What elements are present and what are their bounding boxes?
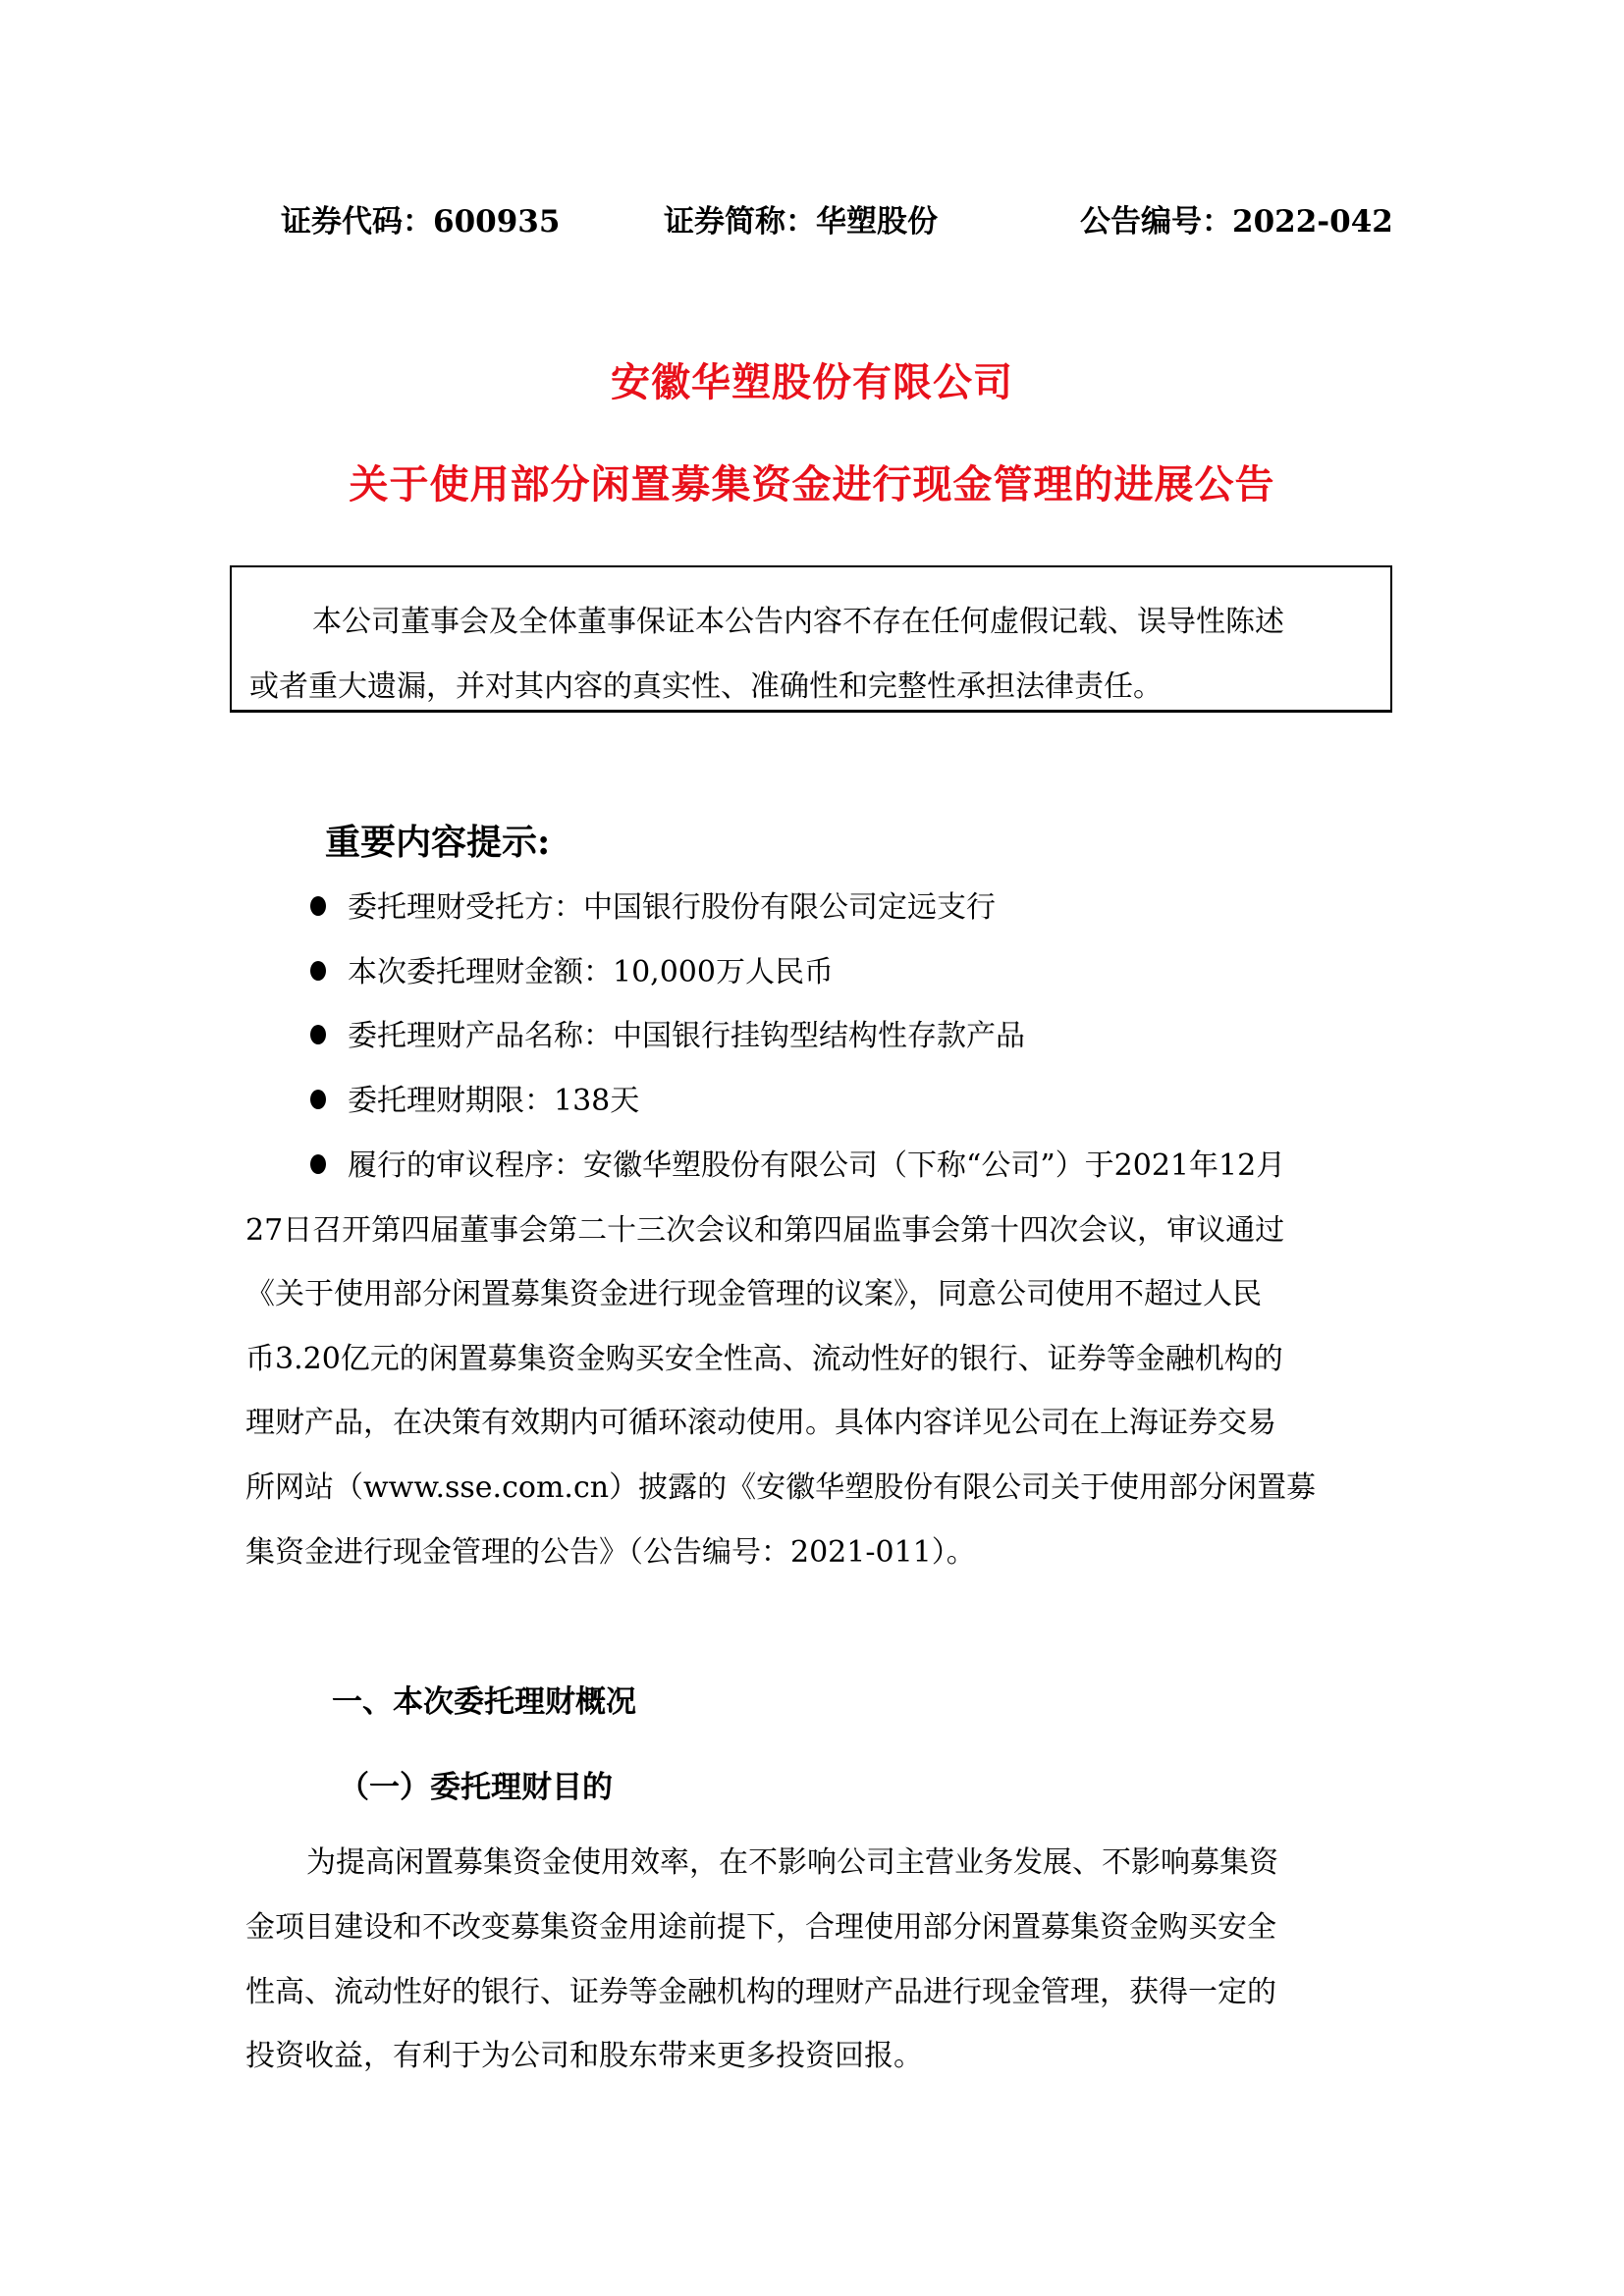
paragraph-line: 投资收益，有利于为公司和股东带来更多投资回报。 xyxy=(245,2031,923,2074)
key-point-item: 履行的审议程序：安徽华塑股份有限公司（下称“公司”）于2021年12月 xyxy=(310,1141,1285,1184)
paragraph-line: 性高、流动性好的银行、证券等金融机构的理财产品进行现金管理，获得一定的 xyxy=(245,1967,1276,2010)
notice-line-1: 本公司董事会及全体董事保证本公告内容不存在任何虚假记载、误导性陈述 xyxy=(312,597,1284,640)
procedure-line: 集资金进行现金管理的公告》（公告编号：2021-011）。 xyxy=(245,1527,976,1571)
stock-code: 证券代码：600935 xyxy=(281,196,560,240)
procedure-line: 理财产品，在决策有效期内可循环滚动使用。具体内容详见公司在上海证券交易 xyxy=(245,1398,1276,1441)
section-heading: 一、本次委托理财概况 xyxy=(332,1677,636,1721)
key-point-item: 委托理财产品名称：中国银行挂钩型结构性存款产品 xyxy=(310,1011,1025,1054)
bullet-icon xyxy=(310,1154,326,1174)
document-page: 证券代码：600935 证券简称：华塑股份 公告编号：2022-042 安徽华塑… xyxy=(0,0,1624,2296)
notice-line-2: 或者重大遗漏，并对其内容的真实性、准确性和完整性承担法律责任。 xyxy=(249,662,1163,705)
stock-abbreviation: 证券简称：华塑股份 xyxy=(664,196,938,240)
bullet-icon xyxy=(310,896,326,916)
announcement-title: 关于使用部分闲置募集资金进行现金管理的进展公告 xyxy=(0,454,1624,509)
bullet-icon xyxy=(310,1025,326,1044)
key-point-item: 本次委托理财金额：10,000万人民币 xyxy=(310,947,834,990)
procedure-line: 27日召开第四届董事会第二十三次会议和第四届监事会第十四次会议，审议通过 xyxy=(245,1205,1284,1249)
bullet-icon xyxy=(310,961,326,981)
subsection-heading: （一）委托理财目的 xyxy=(339,1762,613,1806)
procedure-line: 《关于使用部分闲置募集资金进行现金管理的议案》，同意公司使用不超过人民 xyxy=(245,1269,1262,1312)
company-title: 安徽华塑股份有限公司 xyxy=(0,351,1624,407)
paragraph-line: 为提高闲置募集资金使用效率，在不影响公司主营业务发展、不影响募集资 xyxy=(306,1838,1278,1881)
paragraph-line: 金项目建设和不改变募集资金用途前提下，合理使用部分闲置募集资金购买安全 xyxy=(245,1902,1276,1946)
key-point-item: 委托理财受托方：中国银行股份有限公司定远支行 xyxy=(310,882,996,926)
key-points-heading: 重要内容提示: xyxy=(325,815,550,865)
procedure-line: 所网站（www.sse.com.cn）披露的《安徽华塑股份有限公司关于使用部分闲… xyxy=(245,1463,1316,1506)
key-point-item: 委托理财期限：138天 xyxy=(310,1076,639,1119)
board-guarantee-notice: 本公司董事会及全体董事保证本公告内容不存在任何虚假记载、误导性陈述 或者重大遗漏… xyxy=(230,565,1392,713)
announcement-header: 证券代码：600935 证券简称：华塑股份 公告编号：2022-042 xyxy=(0,196,1624,245)
bullet-icon xyxy=(310,1090,326,1109)
announcement-number: 公告编号：2022-042 xyxy=(1080,196,1393,240)
procedure-line: 币3.20亿元的闲置募集资金购买安全性高、流动性好的银行、证券等金融机构的 xyxy=(245,1334,1283,1377)
